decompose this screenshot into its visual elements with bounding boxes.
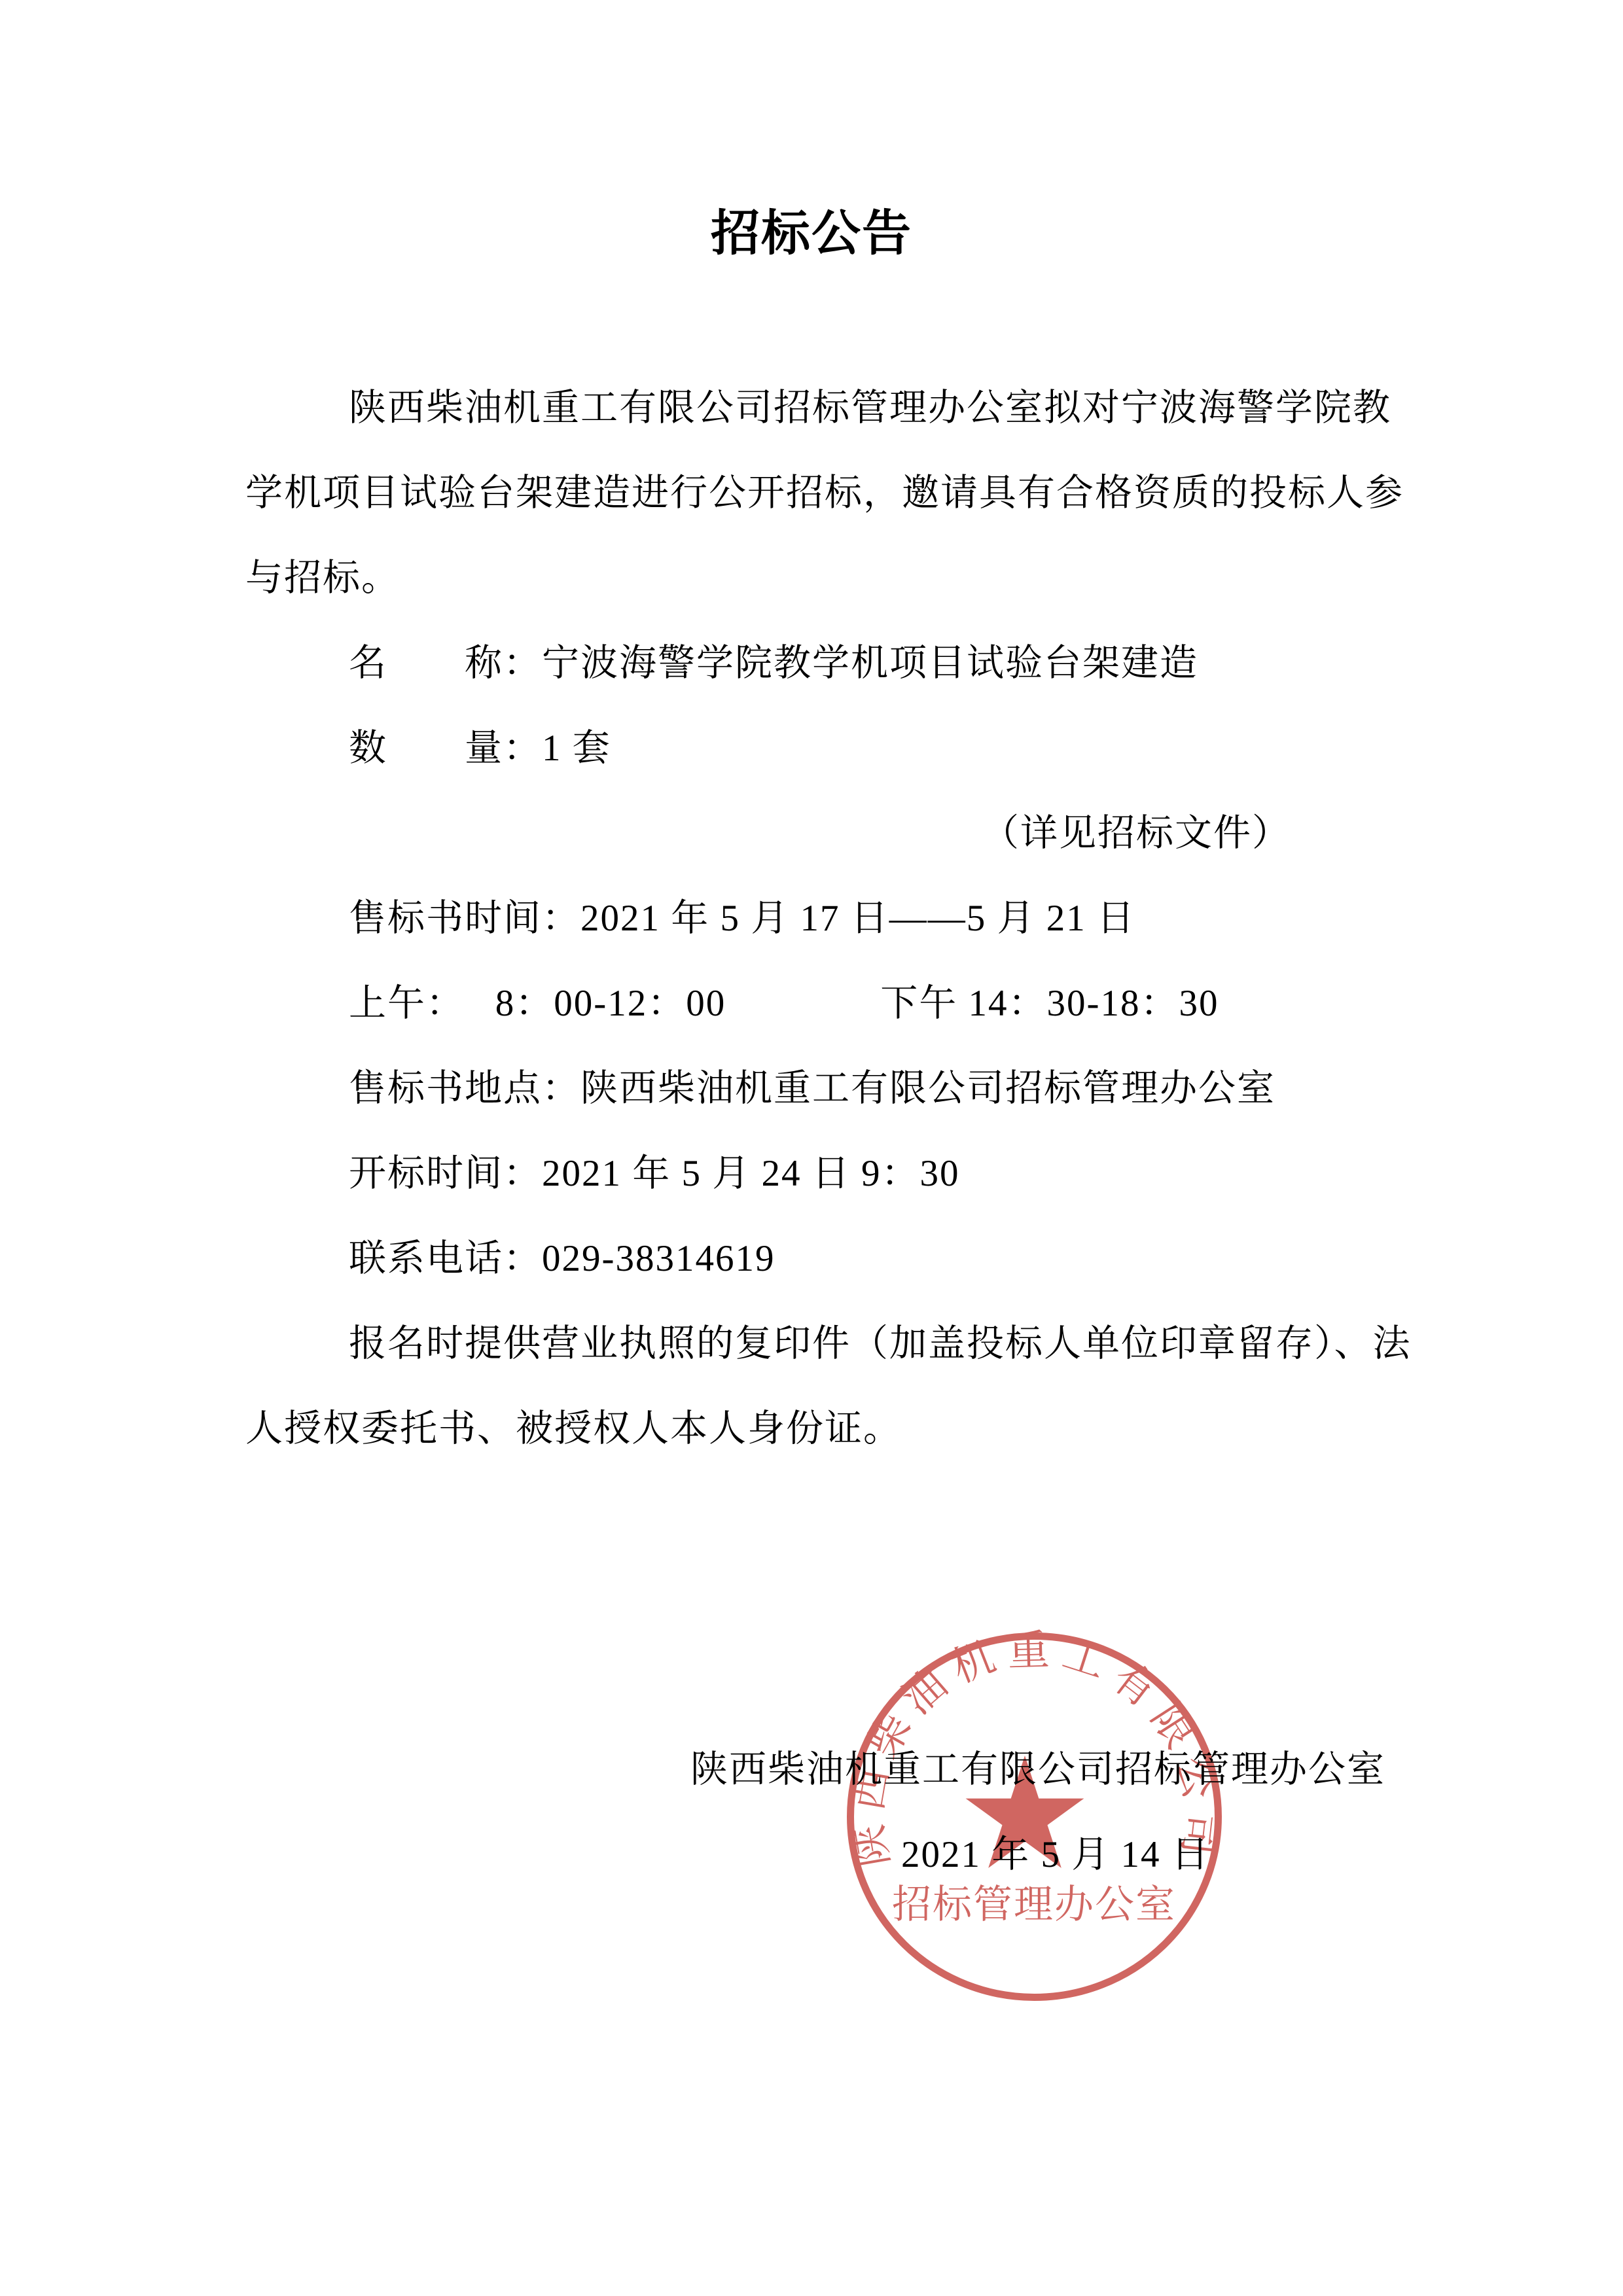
signature-date: 2021 年 5 月 14 日	[901, 1812, 1210, 1898]
body-line: 与招标。	[245, 536, 1420, 621]
body-line-see-tender-docs: （详见招标文件）	[245, 791, 1420, 876]
body-line-business-hours: 上午： 8：00-12：00 下午 14：30-18：30	[245, 961, 1420, 1046]
body-line-contact-phone: 联系电话：029-38314619	[245, 1216, 1420, 1301]
document-body: 陕西柴油机重工有限公司招标管理办公室拟对宁波海警学院教 学机项目试验台架建造进行…	[245, 366, 1420, 1472]
page-title: 招标公告	[0, 207, 1623, 262]
signature-org: 陕西柴油机重工有限公司招标管理办公室	[690, 1727, 1385, 1812]
body-line-registration-req: 报名时提供营业执照的复印件（加盖投标人单位印章留存）、法	[245, 1301, 1420, 1386]
body-line: 陕西柴油机重工有限公司招标管理办公室拟对宁波海警学院教	[245, 366, 1420, 451]
body-line-project-name: 名 称：宁波海警学院教学机项目试验台架建造	[245, 621, 1420, 706]
body-line-sale-place: 售标书地点：陕西柴油机重工有限公司招标管理办公室	[245, 1046, 1420, 1131]
body-line-opening-time: 开标时间：2021 年 5 月 24 日 9：30	[245, 1131, 1420, 1216]
text-layer: 招标公告 陕西柴油机重工有限公司招标管理办公室拟对宁波海警学院教 学机项目试验台…	[0, 0, 1623, 2296]
body-line-quantity: 数 量：1 套	[245, 706, 1420, 791]
body-line: 人授权委托书、被授权人本人身份证。	[245, 1386, 1420, 1472]
document-page: 陕西柴油机重工有限公司 招标管理办公室 招标公告 陕西柴油机重工有限公司招标管理…	[0, 0, 1623, 2296]
body-line: 学机项目试验台架建造进行公开招标，邀请具有合格资质的投标人参	[245, 451, 1420, 536]
body-line-sale-time: 售标书时间：2021 年 5 月 17 日——5 月 21 日	[245, 876, 1420, 961]
